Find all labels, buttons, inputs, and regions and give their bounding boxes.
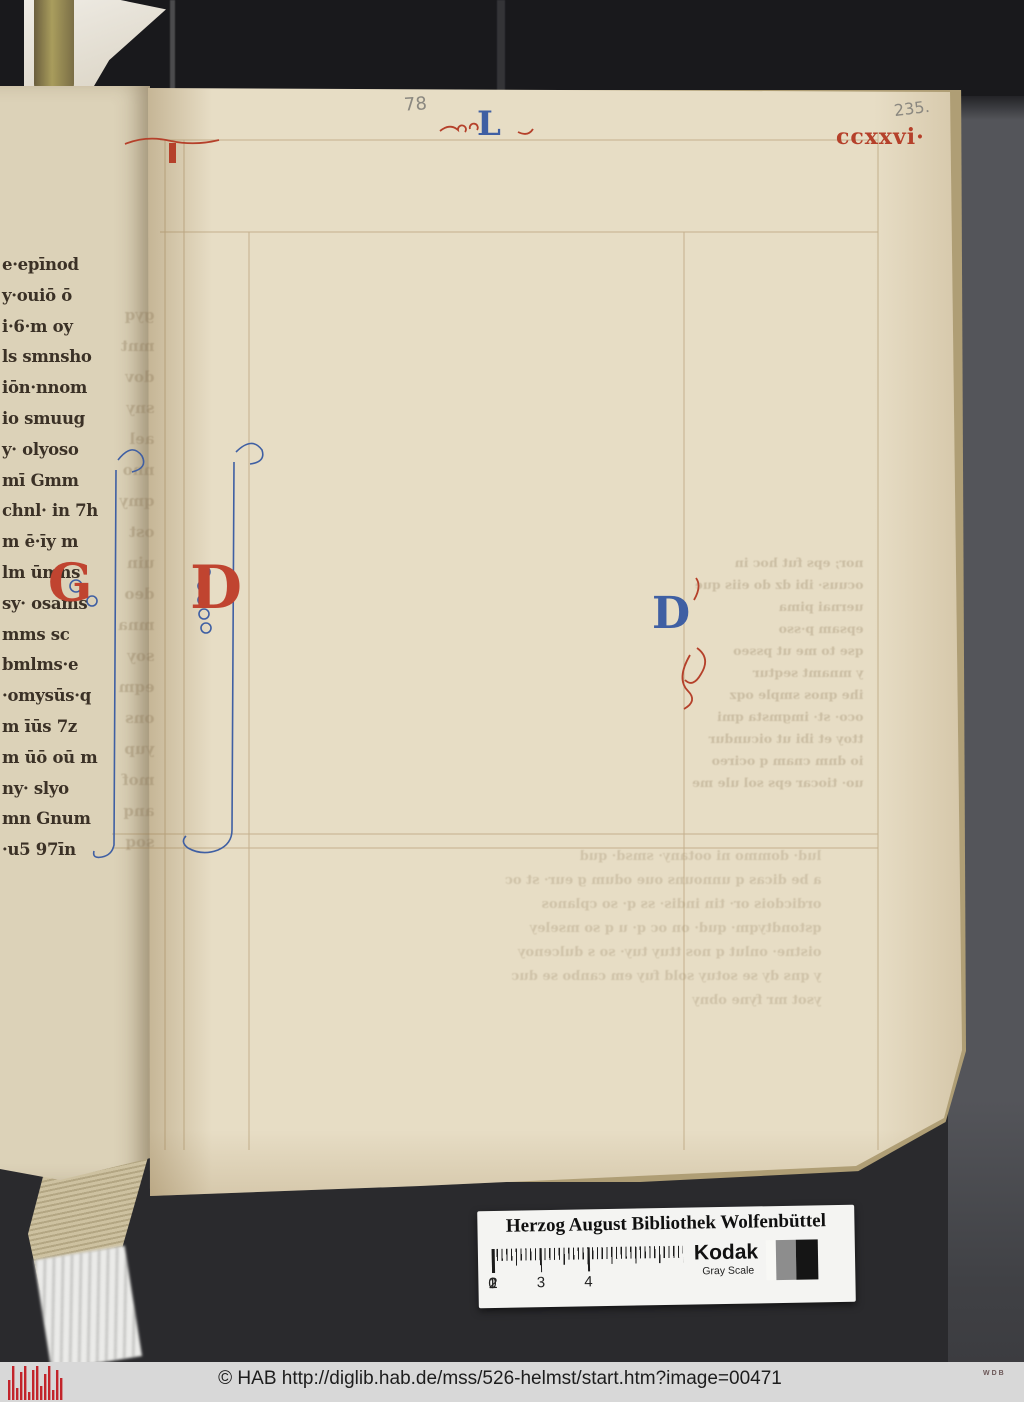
text-line: m īūs 7z <box>2 712 98 743</box>
plexiglass-reflection <box>497 0 505 90</box>
bleedthrough-line: epsam p·sso <box>692 618 864 640</box>
ruler-number: 3 <box>537 1274 546 1291</box>
bleedthrough-right: nor; eps fut hoc inocuus· ibi dz do eiis… <box>692 552 864 794</box>
bleedthrough-line: oistne· onlut q nos ttuy tuy· so s dulce… <box>505 941 822 965</box>
bleedthrough-line: deo <box>118 579 155 610</box>
patch-white <box>766 1240 777 1280</box>
bleedthrough-line: qmy <box>118 486 155 517</box>
bleedthrough-line: nno <box>118 455 155 486</box>
bleedthrough-line: io dnm cnam q ocireo <box>692 750 864 772</box>
text-line: bmlms·e <box>2 650 98 681</box>
bleedthrough-line: nor; eps fut hoc in <box>692 552 864 574</box>
text-line: iōn·nnom <box>2 373 98 404</box>
text-line: y· olyoso <box>2 435 98 466</box>
bleedthrough-line: y mnamt seqtur <box>692 662 864 684</box>
bleedthrough-line: anq <box>118 796 155 827</box>
bleedthrough-line: gyq <box>118 300 155 331</box>
text-line: ny· slyo <box>2 774 98 805</box>
bleedthrough-line: lud· dommo ni ootany· smsd· qud <box>505 845 822 869</box>
bleedthrough-line: ocuus· ibi dz do eiis que <box>692 574 864 596</box>
text-line: mī Gmm <box>2 466 98 497</box>
bleedthrough-line: soy <box>118 641 155 672</box>
gloss-initial-d: D <box>652 590 690 638</box>
library-name: Herzog August Bibliothek Wolfenbüttel <box>485 1210 846 1238</box>
folio-number-red: ccxxvi· <box>836 124 925 150</box>
cm-ruler: 01234 <box>492 1246 684 1297</box>
gray-scale-label: Gray Scale <box>702 1264 754 1277</box>
text-line: mms sc <box>2 620 98 651</box>
plexiglass-edge <box>170 0 175 92</box>
text-line: ·u5 97īn <box>2 835 98 866</box>
text-line: m ūō oū m <box>2 743 98 774</box>
bleedthrough-line: dov <box>118 362 155 393</box>
patch-black <box>796 1239 819 1279</box>
bleedthrough-line: ysot mr fyne obny <box>505 989 822 1013</box>
text-line: chnl· in 7h <box>2 496 98 527</box>
bleedthrough-line: qstondtyqm· qud· on oc q· u q so mseley <box>505 917 822 941</box>
bleedthrough-line: ael <box>118 424 155 455</box>
text-line: i·6·m oy <box>2 312 98 343</box>
bleedthrough-line: uo· tiocar eps sol ule me <box>692 772 864 794</box>
bleedthrough-line: yup <box>118 734 155 765</box>
blurred-label-card <box>34 1245 142 1370</box>
bleedthrough-line: uin <box>118 548 155 579</box>
bleedthrough-line: eqm <box>118 672 155 703</box>
bleedthrough-left: gyqmntdovsnyaelnnoqmyostuindeomnasoyeqmo… <box>118 300 155 858</box>
bleedthrough-line: mnt <box>118 331 155 362</box>
text-line: y·ouiō ō <box>2 281 98 312</box>
gray-scale-patches <box>766 1239 819 1280</box>
bleedthrough-bottom: lud· dommo ni ootany· smsd· quda be dica… <box>505 845 822 1013</box>
kodak-brand: Kodak <box>694 1240 759 1265</box>
bleedthrough-line: mof <box>118 765 155 796</box>
running-title-letter: L <box>477 104 501 144</box>
red-initial-i <box>169 143 176 163</box>
bleedthrough-line: a be dicas q unnouns oue odum g eur· st … <box>505 869 822 893</box>
text-line: mn Gnum <box>2 804 98 835</box>
bleedthrough-line: oco· st· imgmsta qmi <box>692 706 864 728</box>
text-line: io smuug <box>2 404 98 435</box>
bleedthrough-line: sny <box>118 393 155 424</box>
patch-gray <box>776 1240 797 1280</box>
bleedthrough-line: y qns dy se sotuy sold fuy em canbo se d… <box>505 965 822 989</box>
text-line: e·epīnod <box>2 250 98 281</box>
decorated-initial-d: D <box>190 558 242 618</box>
ruler-number: 4 <box>584 1273 593 1290</box>
registration-mark-icon <box>8 1364 64 1400</box>
bleedthrough-line: qse to me ut psseo <box>692 640 864 662</box>
decorated-initial-facing-page: G <box>48 556 92 612</box>
text-line: ·omysūs·q <box>2 681 98 712</box>
bleedthrough-line: mna <box>118 610 155 641</box>
bleedthrough-line: ost <box>118 517 155 548</box>
bleedthrough-line: uernai pima <box>692 596 864 618</box>
bleedthrough-line: ordicdois or· tin indis· ss q· so cplano… <box>505 893 822 917</box>
pencil-quire-number: 78 <box>403 93 427 116</box>
ruler-number: 2 <box>489 1275 498 1292</box>
book-strap <box>34 0 74 96</box>
photograph-of-manuscript: gyqmntdovsnyaelnnoqmyostuindeomnasoyeqmo… <box>0 0 1024 1402</box>
bleedthrough-line: ttoy et ibi ut oicundur <box>692 728 864 750</box>
bleedthrough-line: ons <box>118 703 155 734</box>
bleedthrough-line: soq <box>118 827 155 858</box>
copyright-url: © HAB http://diglib.hab.de/mss/526-helms… <box>140 1368 860 1390</box>
footer-mark: WDB <box>983 1370 1006 1377</box>
kodak-gray-scale-card: Herzog August Bibliothek Wolfenbüttel 01… <box>477 1205 856 1309</box>
bleedthrough-line: ihe qnos smple oqz <box>692 684 864 706</box>
text-line: ls smnsho <box>2 342 98 373</box>
